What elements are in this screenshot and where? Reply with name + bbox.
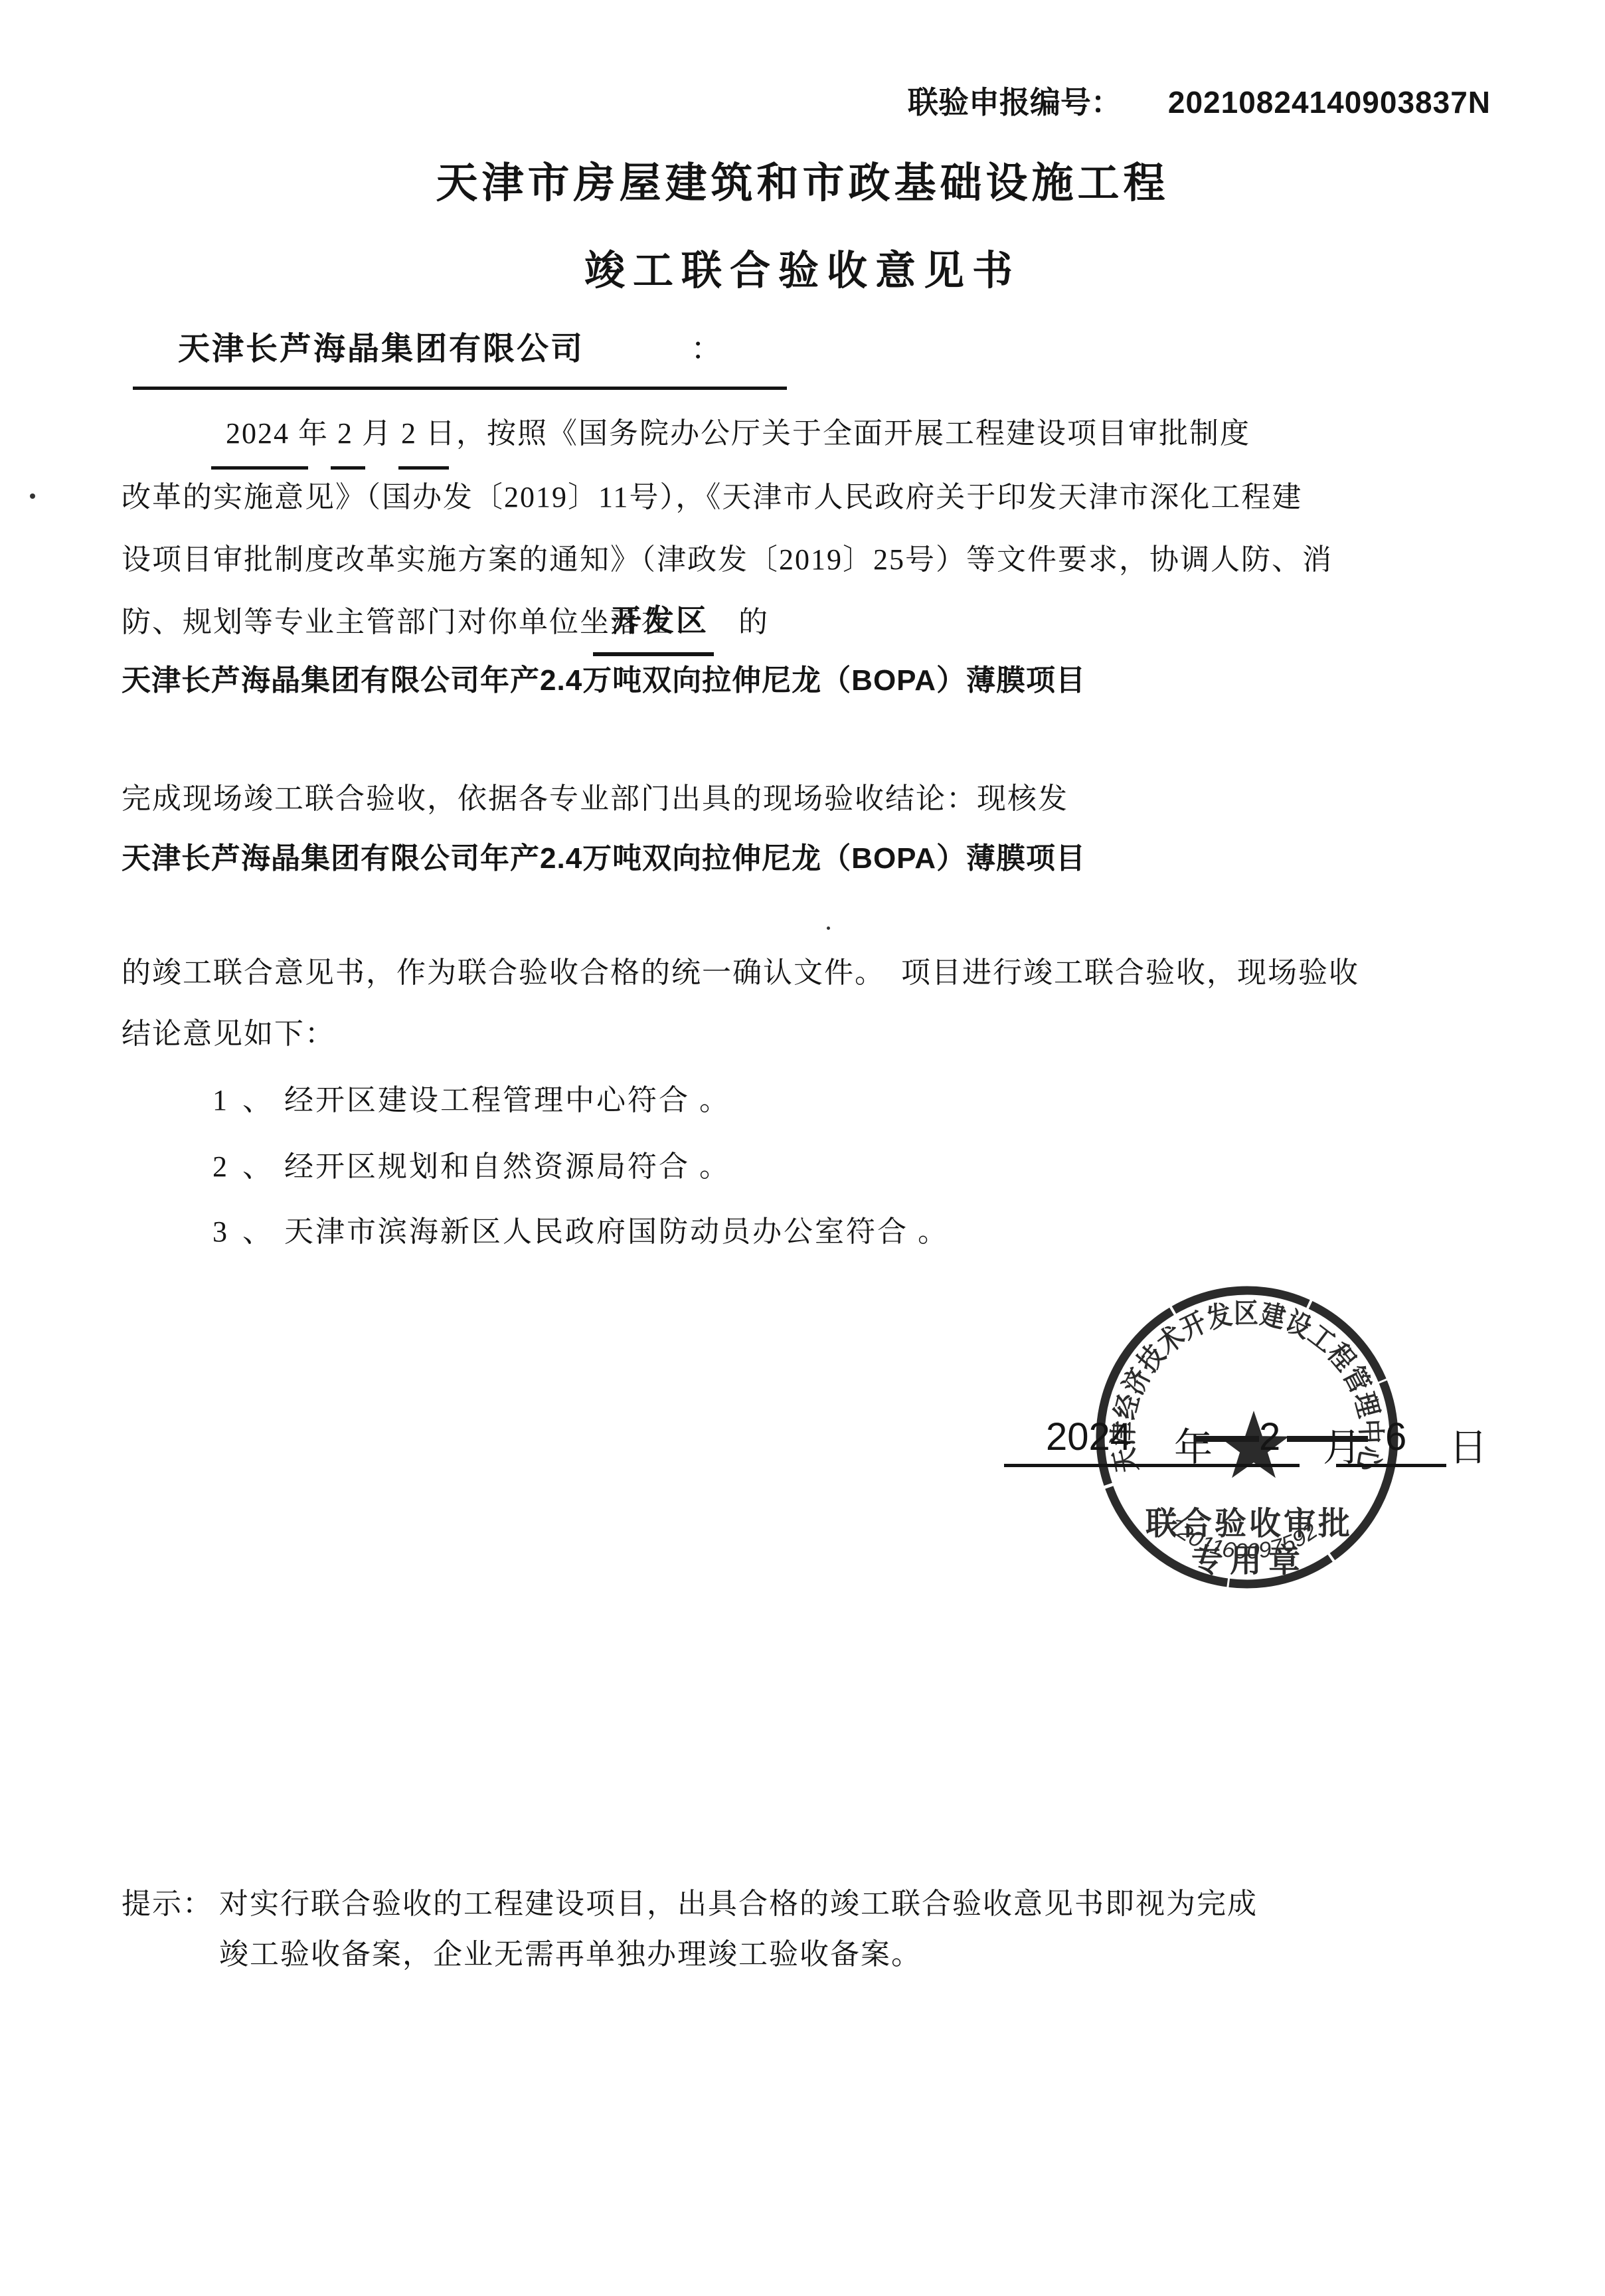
document-title-line1: 天津市房屋建筑和市政基础设施工程 xyxy=(0,159,1605,207)
para3-line2: 结论意见如下： xyxy=(122,1017,335,1051)
list-item-1-number: 1 、 xyxy=(212,1084,276,1118)
scan-speck xyxy=(827,927,830,930)
approval-date-underline-left xyxy=(1004,1464,1300,1467)
pen-stroke-right xyxy=(1287,1436,1368,1442)
scan-speck xyxy=(30,493,35,499)
approval-date-day-label: 日 xyxy=(1449,1416,1487,1472)
serial-row: 联验申报编号： 20210824140903837N xyxy=(908,85,1491,120)
company-name: 天津长芦海晶集团有限公司 xyxy=(178,331,584,367)
project-name: 天津长芦海晶集团有限公司年产2.4万吨双向拉伸尼龙（BOPA）薄膜项目 xyxy=(122,664,1086,698)
salutation: 天津长芦海晶集团有限公司： xyxy=(178,331,724,367)
salutation-colon: ： xyxy=(691,331,724,367)
document-title-line2: 竣工联合验收意见书 xyxy=(0,247,1605,294)
date-month-underline xyxy=(331,466,365,470)
company-underline xyxy=(133,387,787,390)
serial-number: 20210824140903837N xyxy=(1168,85,1491,120)
list-item-3-text: 天津市滨海新区人民政府国防动员办公室符合 。 xyxy=(284,1215,949,1249)
note-line2: 竣工验收备案，企业无需再单独办理竣工验收备案。 xyxy=(219,1938,922,1972)
note-label: 提示： xyxy=(122,1888,213,1921)
para3-line1: 的竣工联合意见书，作为联合验收合格的统一确认文件。 项目进行竣工联合验收，现场验… xyxy=(122,956,1359,990)
project-name-repeat: 天津长芦海晶集团有限公司年产2.4万吨双向拉伸尼龙（BOPA）薄膜项目 xyxy=(122,842,1086,876)
para1-line4-suffix: 的 xyxy=(738,606,769,640)
para2-line1: 完成现场竣工联合验收，依据各专业部门出具的现场验收结论：现核发 xyxy=(122,782,1068,816)
approval-date-year: 2024 xyxy=(1046,1415,1132,1459)
list-item-2-text: 经开区规划和自然资源局符合 。 xyxy=(284,1150,730,1184)
para1-line4-prefix: 防、规划等专业主管部门对你单位坐落在 xyxy=(122,606,671,640)
note-line1: 对实行联合验收的工程建设项目，出具合格的竣工联合验收意见书即视为完成 xyxy=(219,1888,1258,1921)
list-item-3-number: 3 、 xyxy=(212,1215,276,1249)
acceptance-opinion-document: 联验申报编号： 20210824140903837N 天津市房屋建筑和市政基础设… xyxy=(0,0,1605,2296)
date-year-underline xyxy=(211,466,308,470)
zone-name: 开发区 xyxy=(611,603,709,638)
date-day-underline xyxy=(398,466,449,470)
approval-date-month-label: 月 xyxy=(1323,1416,1361,1472)
zone-underline xyxy=(593,652,714,656)
approval-date-year-label: 年 xyxy=(1174,1416,1213,1472)
approval-date-day: 6 xyxy=(1385,1415,1406,1459)
list-item-2-number: 2 、 xyxy=(212,1150,276,1184)
para1-line2: 改革的实施意见》（国办发〔2019〕11号），《天津市人民政府关于印发天津市深化… xyxy=(122,481,1302,515)
para1-line1: 2024 年 2 月 2 日，按照《国务院办公厅关于全面开展工程建设项目审批制度 xyxy=(226,417,1250,451)
pen-stroke-left xyxy=(1195,1436,1259,1442)
approval-date-month: 2 xyxy=(1259,1415,1280,1459)
serial-label: 联验申报编号： xyxy=(908,85,1122,120)
para1-line3: 设项目审批制度改革实施方案的通知》（津政发〔2019〕25号）等文件要求，协调人… xyxy=(122,543,1333,577)
list-item-1-text: 经开区建设工程管理中心符合 。 xyxy=(284,1084,730,1118)
